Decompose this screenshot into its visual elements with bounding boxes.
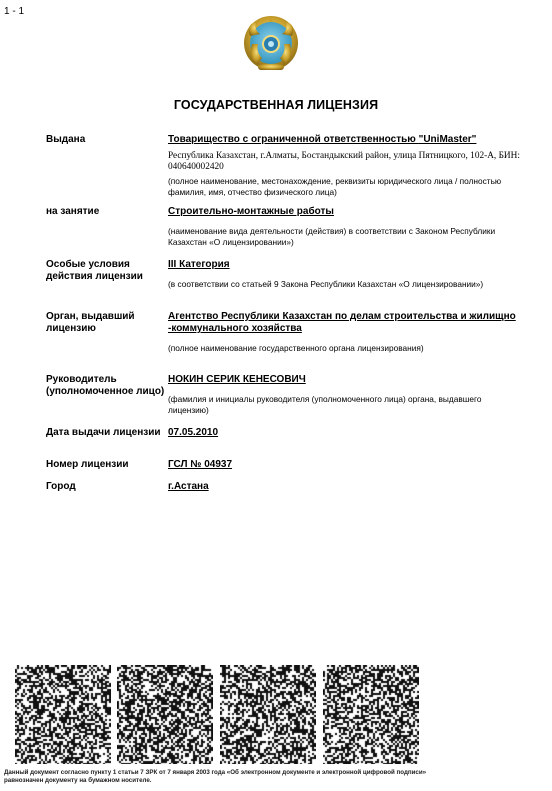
field-label: Орган, выдавший лицензию (46, 311, 166, 335)
qr-code-icon (220, 665, 316, 764)
field-note: (фамилия и инициалы руководителя (уполно… (168, 394, 520, 415)
legal-footer-note: Данный документ согласно пункту 1 статьи… (4, 769, 444, 785)
authority-value: Агентство Республики Казахстан по делам … (168, 311, 520, 335)
field-label: Город (46, 481, 166, 493)
field-note: (в соответствии со статьей 9 Закона Респ… (168, 279, 520, 290)
field-label: Особые условия действия лицензии (46, 259, 166, 283)
licensee-address: Республика Казахстан, г.Алматы, Бостанды… (168, 151, 520, 173)
qr-code-icon (323, 665, 419, 764)
licensee-name: Товарищество с ограниченной ответственно… (168, 134, 520, 146)
document-title: ГОСУДАРСТВЕННАЯ ЛИЦЕНЗИЯ (0, 98, 552, 112)
field-label: Номер лицензии (46, 459, 166, 471)
page-number: 1 - 1 (4, 6, 24, 17)
field-label: на занятие (46, 206, 166, 218)
qr-code-icon (15, 665, 111, 764)
license-number-value: ГСЛ № 04937 (168, 459, 520, 471)
field-note: (полное наименование государственного ор… (168, 343, 520, 354)
qr-code-icon (117, 665, 213, 764)
field-label: Дата выдачи лицензии (46, 427, 171, 439)
head-name: НОКИН СЕРИК КЕНЕСОВИЧ (168, 374, 520, 386)
field-label: Руководитель (уполномоченное лицо) (46, 374, 171, 398)
field-note: (наименование вида деятельности (действи… (168, 226, 520, 247)
field-label: Выдана (46, 134, 166, 146)
field-note: (полное наименование, местонахождение, р… (168, 176, 520, 197)
activity-value: Строительно-монтажные работы (168, 206, 520, 218)
state-emblem-icon (242, 14, 300, 76)
issue-date-value: 07.05.2010 (168, 427, 520, 439)
city-value: г.Астана (168, 481, 520, 493)
category-value: III Категория (168, 259, 520, 271)
